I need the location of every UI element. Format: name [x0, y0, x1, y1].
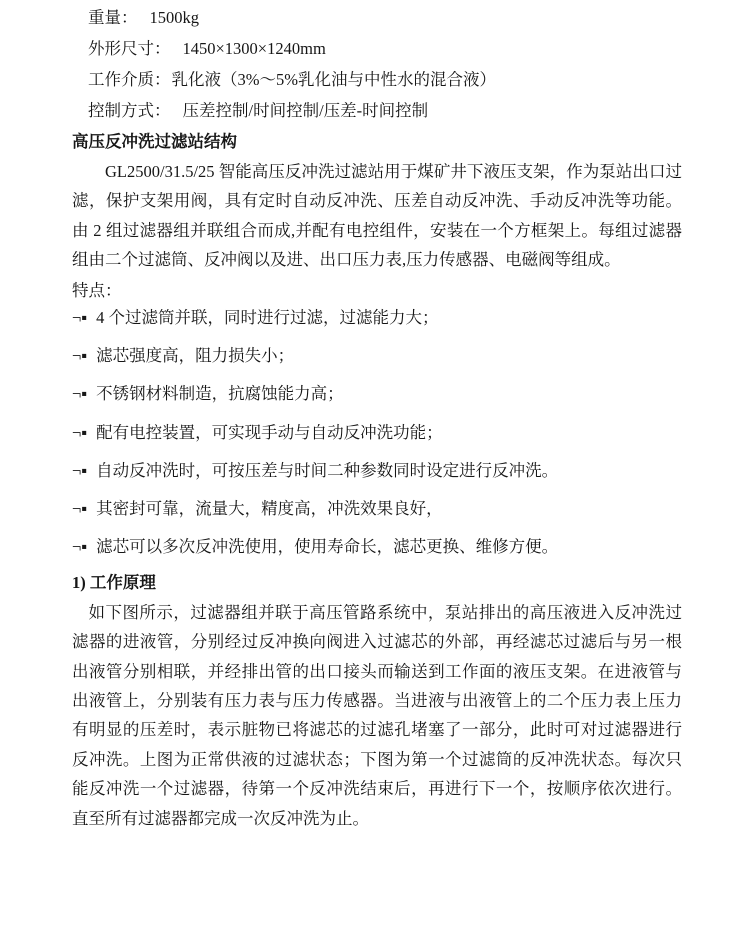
working-principle-paragraph: 如下图所示，过滤器组并联于高压管路系统中，泵站排出的高压液进入反冲洗过滤器的进液…: [72, 598, 682, 833]
feature-item: ¬▪滤芯可以多次反冲洗使用，使用寿命长，滤芯更换、维修方便。: [72, 528, 682, 566]
spec-line-medium: 工作介质：乳化液（3%～5%乳化油与中性水的混合液）: [72, 64, 682, 95]
spec-value: 压差控制/时间控制/压差-时间控制: [183, 101, 429, 120]
feature-item: ¬▪自动反冲洗时，可按压差与时间二种参数同时设定进行反冲洗。: [72, 452, 682, 490]
spec-line-weight: 重量：1500kg: [72, 2, 682, 33]
spec-label: 重量：: [88, 8, 138, 27]
bullet-icon: ¬▪: [72, 423, 87, 442]
feature-text: 不锈钢材料制造，抗腐蚀能力高；: [96, 384, 344, 403]
bullet-icon: ¬▪: [72, 499, 87, 518]
feature-item: ¬▪其密封可靠，流量大，精度高，冲洗效果良好，: [72, 490, 682, 528]
feature-text: 自动反冲洗时，可按压差与时间二种参数同时设定进行反冲洗。: [96, 461, 558, 480]
feature-text: 滤芯强度高，阻力损失小；: [96, 346, 294, 365]
section-heading-working-principle: 1) 工作原理: [72, 567, 682, 598]
spec-label: 工作介质：: [88, 70, 171, 89]
document-page: 重量：1500kg 外形尺寸：1450×1300×1240mm 工作介质：乳化液…: [0, 0, 750, 948]
bullet-icon: ¬▪: [72, 308, 87, 327]
feature-text: 其密封可靠，流量大，精度高，冲洗效果良好，: [96, 499, 443, 518]
bullet-icon: ¬▪: [72, 384, 87, 403]
bullet-icon: ¬▪: [72, 461, 87, 480]
spec-list: 重量：1500kg 外形尺寸：1450×1300×1240mm 工作介质：乳化液…: [72, 2, 682, 126]
features-list: ¬▪4 个过滤筒并联，同时进行过滤，过滤能力大； ¬▪滤芯强度高，阻力损失小； …: [72, 299, 682, 567]
spec-line-control-mode: 控制方式：压差控制/时间控制/压差-时间控制: [72, 95, 682, 126]
spec-value: 乳化液（3%～5%乳化油与中性水的混合液）: [172, 70, 497, 89]
bullet-icon: ¬▪: [72, 346, 87, 365]
feature-item: ¬▪配有电控装置，可实现手动与自动反冲洗功能；: [72, 414, 682, 452]
spec-label: 外形尺寸：: [88, 39, 171, 58]
feature-item: ¬▪不锈钢材料制造，抗腐蚀能力高；: [72, 375, 682, 413]
spec-label: 控制方式：: [88, 101, 171, 120]
spec-value: 1500kg: [150, 8, 200, 27]
feature-item: ¬▪滤芯强度高，阻力损失小；: [72, 337, 682, 375]
feature-text: 4 个过滤筒并联，同时进行过滤，过滤能力大；: [96, 308, 438, 327]
structure-paragraph: GL2500/31.5/25 智能高压反冲洗过滤站用于煤矿井下液压支架，作为泵站…: [72, 157, 682, 275]
spec-line-dimensions: 外形尺寸：1450×1300×1240mm: [72, 33, 682, 64]
feature-text: 滤芯可以多次反冲洗使用，使用寿命长，滤芯更换、维修方便。: [96, 537, 558, 556]
bullet-icon: ¬▪: [72, 537, 87, 556]
feature-item: ¬▪4 个过滤筒并联，同时进行过滤，过滤能力大；: [72, 299, 682, 337]
feature-text: 配有电控装置，可实现手动与自动反冲洗功能；: [96, 423, 443, 442]
spec-value: 1450×1300×1240mm: [183, 39, 326, 58]
section-heading-structure: 高压反冲洗过滤站结构: [72, 126, 682, 157]
